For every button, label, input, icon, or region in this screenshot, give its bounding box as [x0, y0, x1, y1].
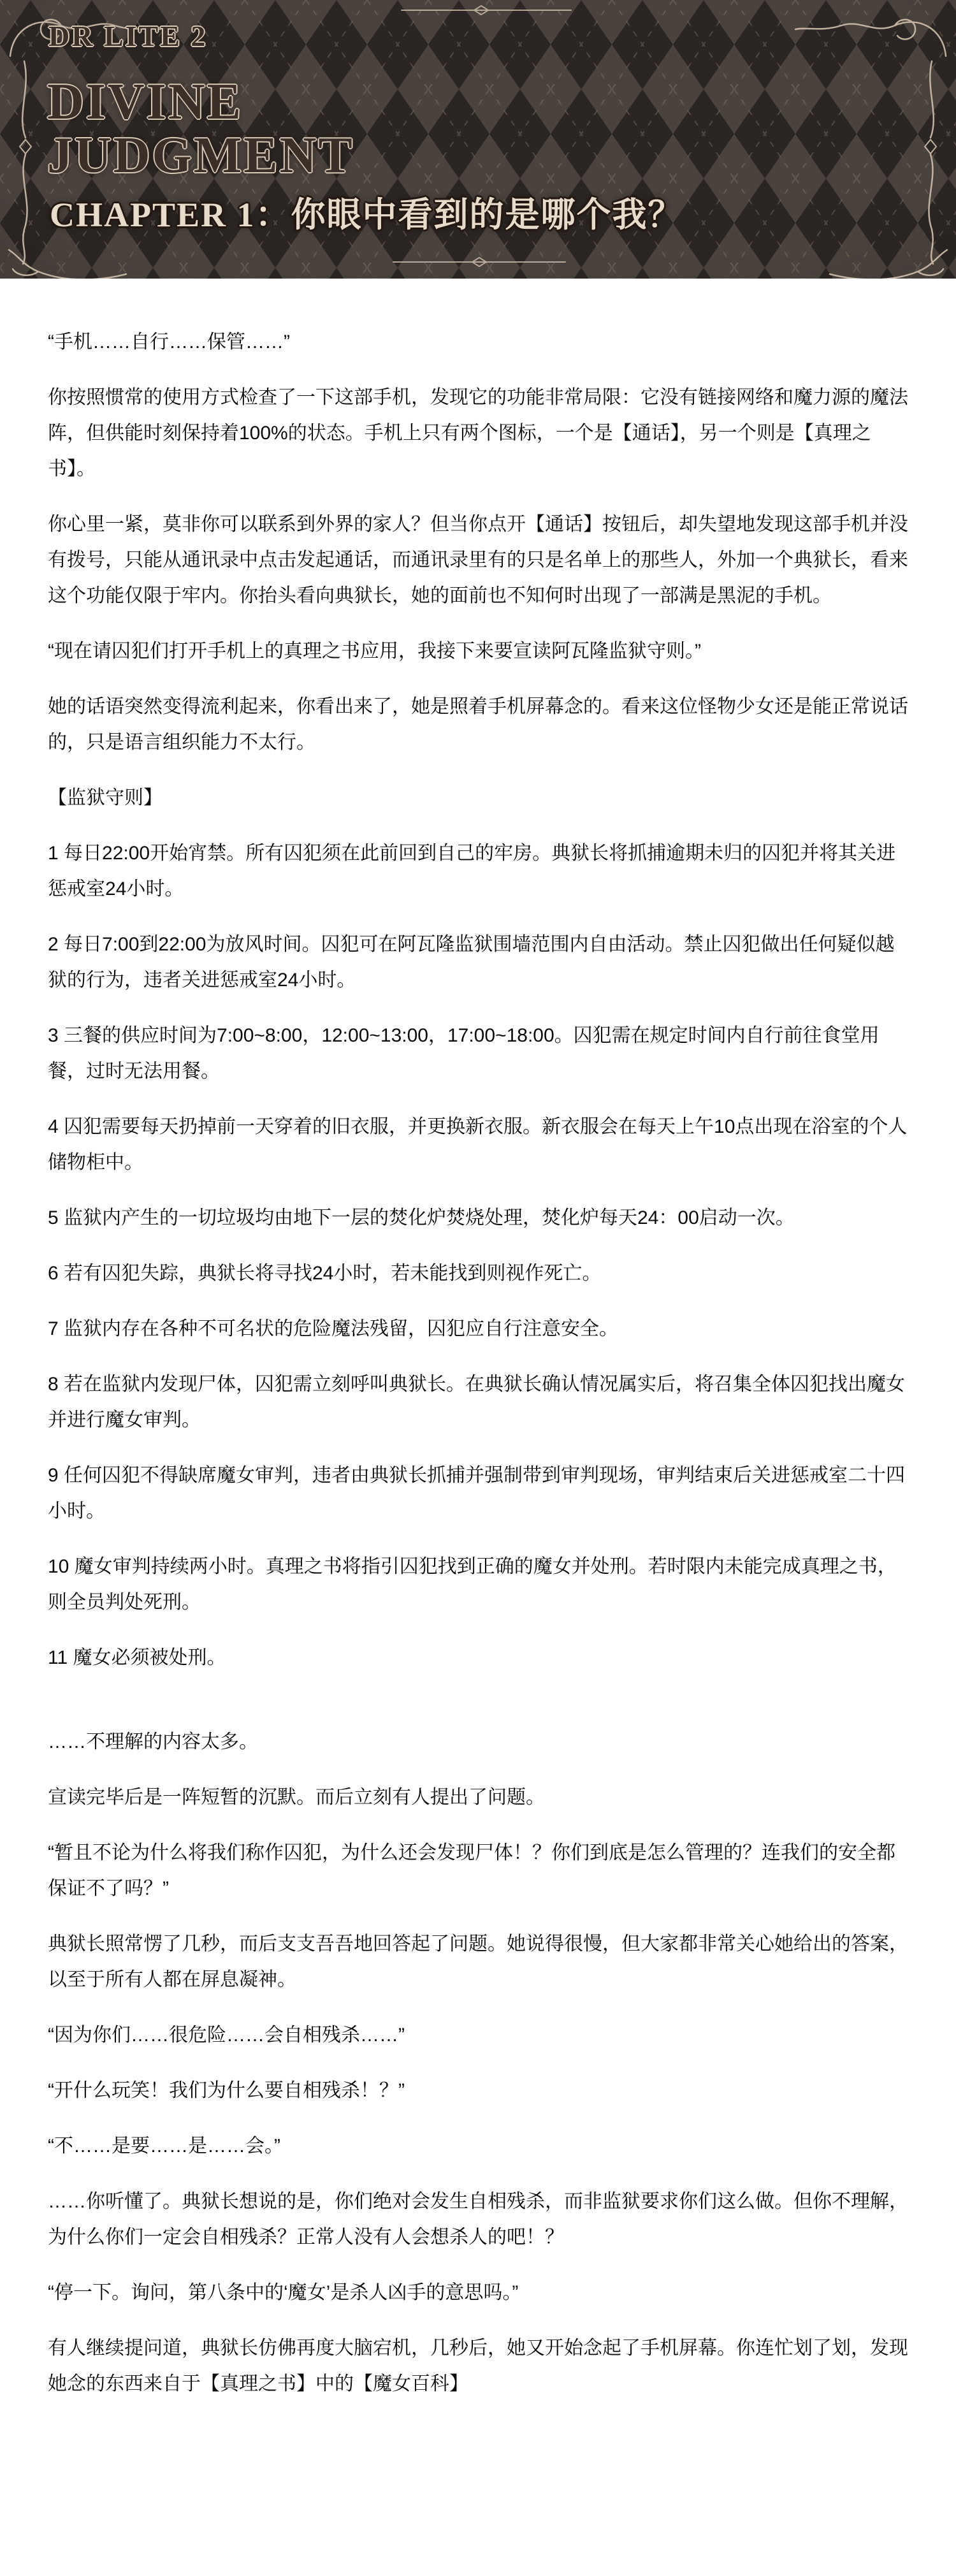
chapter-title: CHAPTER 1：你眼中看到的是哪个我？ [50, 187, 684, 236]
story-paragraph: 你心里一紧，莫非你可以联系到外界的家人？但当你点开【通话】按钮后，却失望地发现这… [48, 507, 908, 614]
prison-rule: 10 魔女审判持续两小时。真理之书将指引囚犯找到正确的魔女并处刑。若时限内未能完… [48, 1549, 908, 1620]
prison-rule: 7 监狱内存在各种不可名状的危险魔法残留，囚犯应自行注意安全。 [48, 1311, 908, 1347]
story-paragraph: “开什么玩笑！我们为什么要自相残杀！？” [48, 2073, 908, 2109]
main-title: DIVINE JUDGMENT [47, 75, 354, 182]
story-paragraph: “不……是要……是……会。” [48, 2128, 908, 2164]
prison-rule: 9 任何囚犯不得缺席魔女审判，违者由典狱长抓捕并强制带到审判现场，审判结束后关进… [48, 1458, 908, 1529]
main-title-line1: DIVINE [47, 75, 354, 129]
story-paragraph: 你按照惯常的使用方式检查了一下这部手机，发现它的功能非常局限：它没有链接网络和魔… [48, 380, 908, 487]
story-paragraph: 典狱长照常愣了几秒，而后支支吾吾地回答起了问题。她说得很慢，但大家都非常关心她给… [48, 1926, 908, 1998]
prison-rule: 5 监狱内产生的一切垃圾均由地下一层的焚化炉焚烧处理，焚化炉每天24：00启动一… [48, 1200, 908, 1236]
prison-rule: 4 囚犯需要每天扔掉前一天穿着的旧衣服，并更换新衣服。新衣服会在每天上午10点出… [48, 1109, 908, 1181]
story-paragraph: ……不理解的内容太多。 [48, 1724, 908, 1760]
main-title-line2: JUDGMENT [47, 129, 354, 182]
series-overline: DR LITE 2 [48, 19, 207, 53]
story-paragraph: 有人继续提问道，典狱长仿佛再度大脑宕机，几秒后，她又开始念起了手机屏幕。你连忙划… [48, 2331, 908, 2402]
prison-rule: 8 若在监狱内发现尸体，囚犯需立刻呼叫典狱长。在典狱长确认情况属实后，将召集全体… [48, 1367, 908, 1438]
story-paragraph: ……你听懂了。典狱长想说的是，你们绝对会发生自相残杀，而非监狱要求你们这么做。但… [48, 2184, 908, 2255]
prison-rule: 6 若有囚犯失踪，典狱长将寻找24小时，若未能找到则视作死亡。 [48, 1256, 908, 1292]
story-paragraph: “暂且不论为什么将我们称作囚犯，为什么还会发现尸体！？你们到底是怎么管理的？连我… [48, 1835, 908, 1907]
prison-rule: 11 魔女必须被处刑。 [48, 1640, 908, 1676]
prison-rule: 1 每日22:00开始宵禁。所有囚犯须在此前回到自己的牢房。典狱长将抓捕逾期未归… [48, 836, 908, 907]
story-body: “手机……自行……保管……” 你按照惯常的使用方式检查了一下这部手机，发现它的功… [0, 279, 956, 2462]
header-text-block: DR LITE 2 DIVINE JUDGMENT CHAPTER 1：你眼中看… [0, 0, 956, 279]
story-paragraph: “因为你们……很危险……会自相残杀……” [48, 2018, 908, 2053]
story-paragraph: 她的话语突然变得流利起来，你看出来了，她是照着手机屏幕念的。看来这位怪物少女还是… [48, 689, 908, 760]
chapter-header: DR LITE 2 DIVINE JUDGMENT CHAPTER 1：你眼中看… [0, 0, 956, 279]
prison-rules-title: 【监狱守则】 [48, 780, 908, 816]
chapter-page: DR LITE 2 DIVINE JUDGMENT CHAPTER 1：你眼中看… [0, 0, 956, 2576]
prison-rule: 2 每日7:00到22:00为放风时间。囚犯可在阿瓦隆监狱围墙范围内自由活动。禁… [48, 927, 908, 998]
prison-rule: 3 三餐的供应时间为7:00~8:00，12:00~13:00，17:00~18… [48, 1018, 908, 1089]
story-paragraph: “停一下。询问，第八条中的‘魔女’是杀人凶手的意思吗。” [48, 2275, 908, 2311]
story-paragraph: 宣读完毕后是一阵短暂的沉默。而后立刻有人提出了问题。 [48, 1780, 908, 1816]
story-paragraph: “现在请囚犯们打开手机上的真理之书应用，我接下来要宣读阿瓦隆监狱守则。” [48, 634, 908, 669]
story-paragraph: “手机……自行……保管……” [48, 324, 908, 360]
